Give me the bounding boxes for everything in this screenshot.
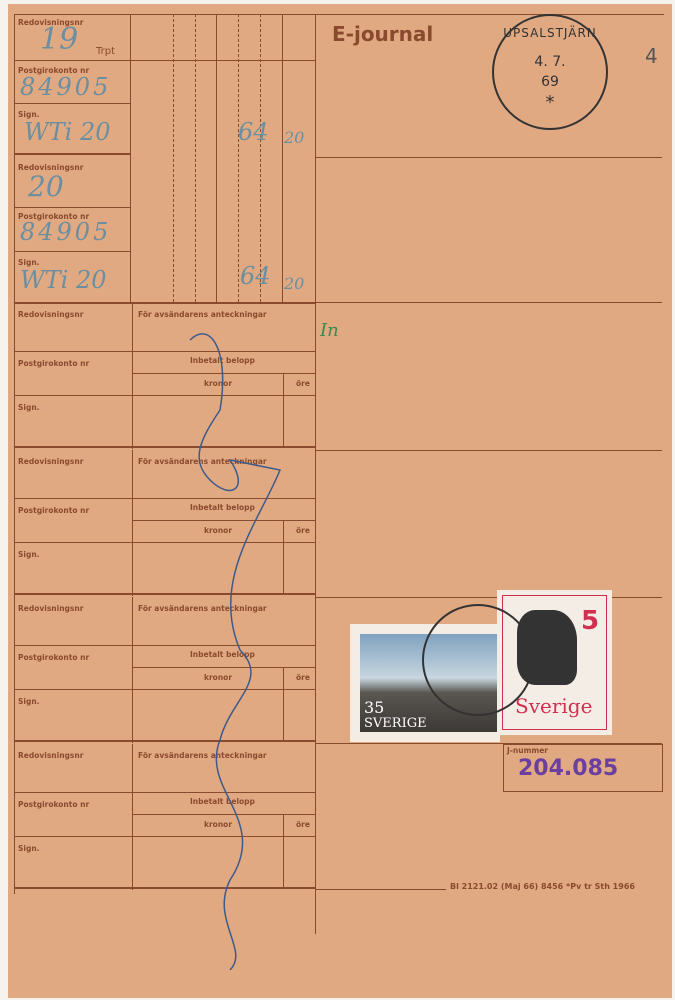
postmark-date: 4. 7.	[500, 54, 600, 70]
page-mark: 4	[645, 44, 658, 68]
handwritten-ore-1: 20	[284, 128, 304, 147]
handwritten-ore-2: 20	[284, 274, 304, 293]
handwritten-kronor-1: 64	[238, 118, 269, 146]
postmark-place: UPSALSTJÄRN	[500, 26, 600, 40]
row-line	[14, 103, 131, 104]
stamp-value: 5	[581, 606, 599, 636]
label-postgirokonto: Postgirokonto nr	[18, 653, 89, 662]
row-divider-right	[316, 450, 662, 451]
handwritten-redovisningsnr-2: 20	[28, 170, 64, 203]
pen-strike-scribble	[170, 320, 310, 970]
label-redovisningsnr: Redovisningsnr	[18, 457, 83, 466]
label-redovisningsnr: Redovisningsnr	[18, 751, 83, 760]
page-title: E-journal	[332, 22, 433, 46]
handwritten-redovisningsnr-1: 19	[40, 22, 78, 57]
label-sign: Sign.	[18, 697, 40, 706]
divider	[132, 303, 133, 449]
stamp-country: Sverige	[515, 694, 592, 718]
top-border	[14, 14, 664, 15]
column-divider	[282, 14, 283, 302]
column-divider	[216, 14, 217, 302]
column-divider	[173, 14, 174, 302]
row-line	[14, 207, 131, 208]
column-divider	[238, 14, 239, 302]
green-mark: In	[320, 320, 339, 341]
label-col-divider	[130, 14, 131, 304]
form-footer: Bl 2121.02 (Maj 66) 8456 *Pv tr Sth 1966	[450, 882, 635, 891]
label-for-avsandarens: För avsändarens anteckningar	[138, 310, 267, 319]
row-line	[14, 60, 316, 61]
row-line	[14, 153, 131, 155]
footer-rule	[316, 889, 446, 890]
label-redovisningsnr: Redovisningsnr	[18, 310, 83, 319]
header-divider	[316, 157, 662, 158]
label-postgirokonto: Postgirokonto nr	[18, 506, 89, 515]
label-sign: Sign.	[18, 844, 40, 853]
divider	[132, 744, 133, 890]
row-line	[14, 251, 131, 252]
label-sign: Sign.	[18, 550, 40, 559]
handwritten-postgiro-2: 84905	[20, 218, 111, 246]
postmark-year: 69	[500, 74, 600, 90]
label-postgirokonto: Postgirokonto nr	[18, 800, 89, 809]
j-nummer-value: 204.085	[518, 756, 618, 781]
stamp-value: 35	[364, 698, 384, 717]
postmark-star: *	[500, 92, 600, 113]
label-j-nummer: J-nummer	[507, 746, 548, 755]
divider	[132, 450, 133, 596]
label-sign: Sign.	[18, 403, 40, 412]
handwritten-sign-2: WTi 20	[20, 266, 107, 294]
stamp-country: SVERIGE	[364, 716, 427, 731]
handwritten-kronor-2: 64	[240, 262, 271, 290]
label-postgirokonto: Postgirokonto nr	[18, 359, 89, 368]
label-redovisningsnr: Redovisningsnr	[18, 604, 83, 613]
row-divider-right	[316, 302, 662, 303]
handwritten-sign-1: WTi 20	[24, 118, 111, 146]
column-divider	[195, 14, 196, 302]
postmark-on-stamp	[422, 604, 534, 716]
column-divider	[260, 14, 261, 302]
label-trpt: Trpt	[96, 46, 115, 57]
handwritten-postgiro-1: 84905	[20, 73, 111, 101]
divider	[132, 597, 133, 743]
